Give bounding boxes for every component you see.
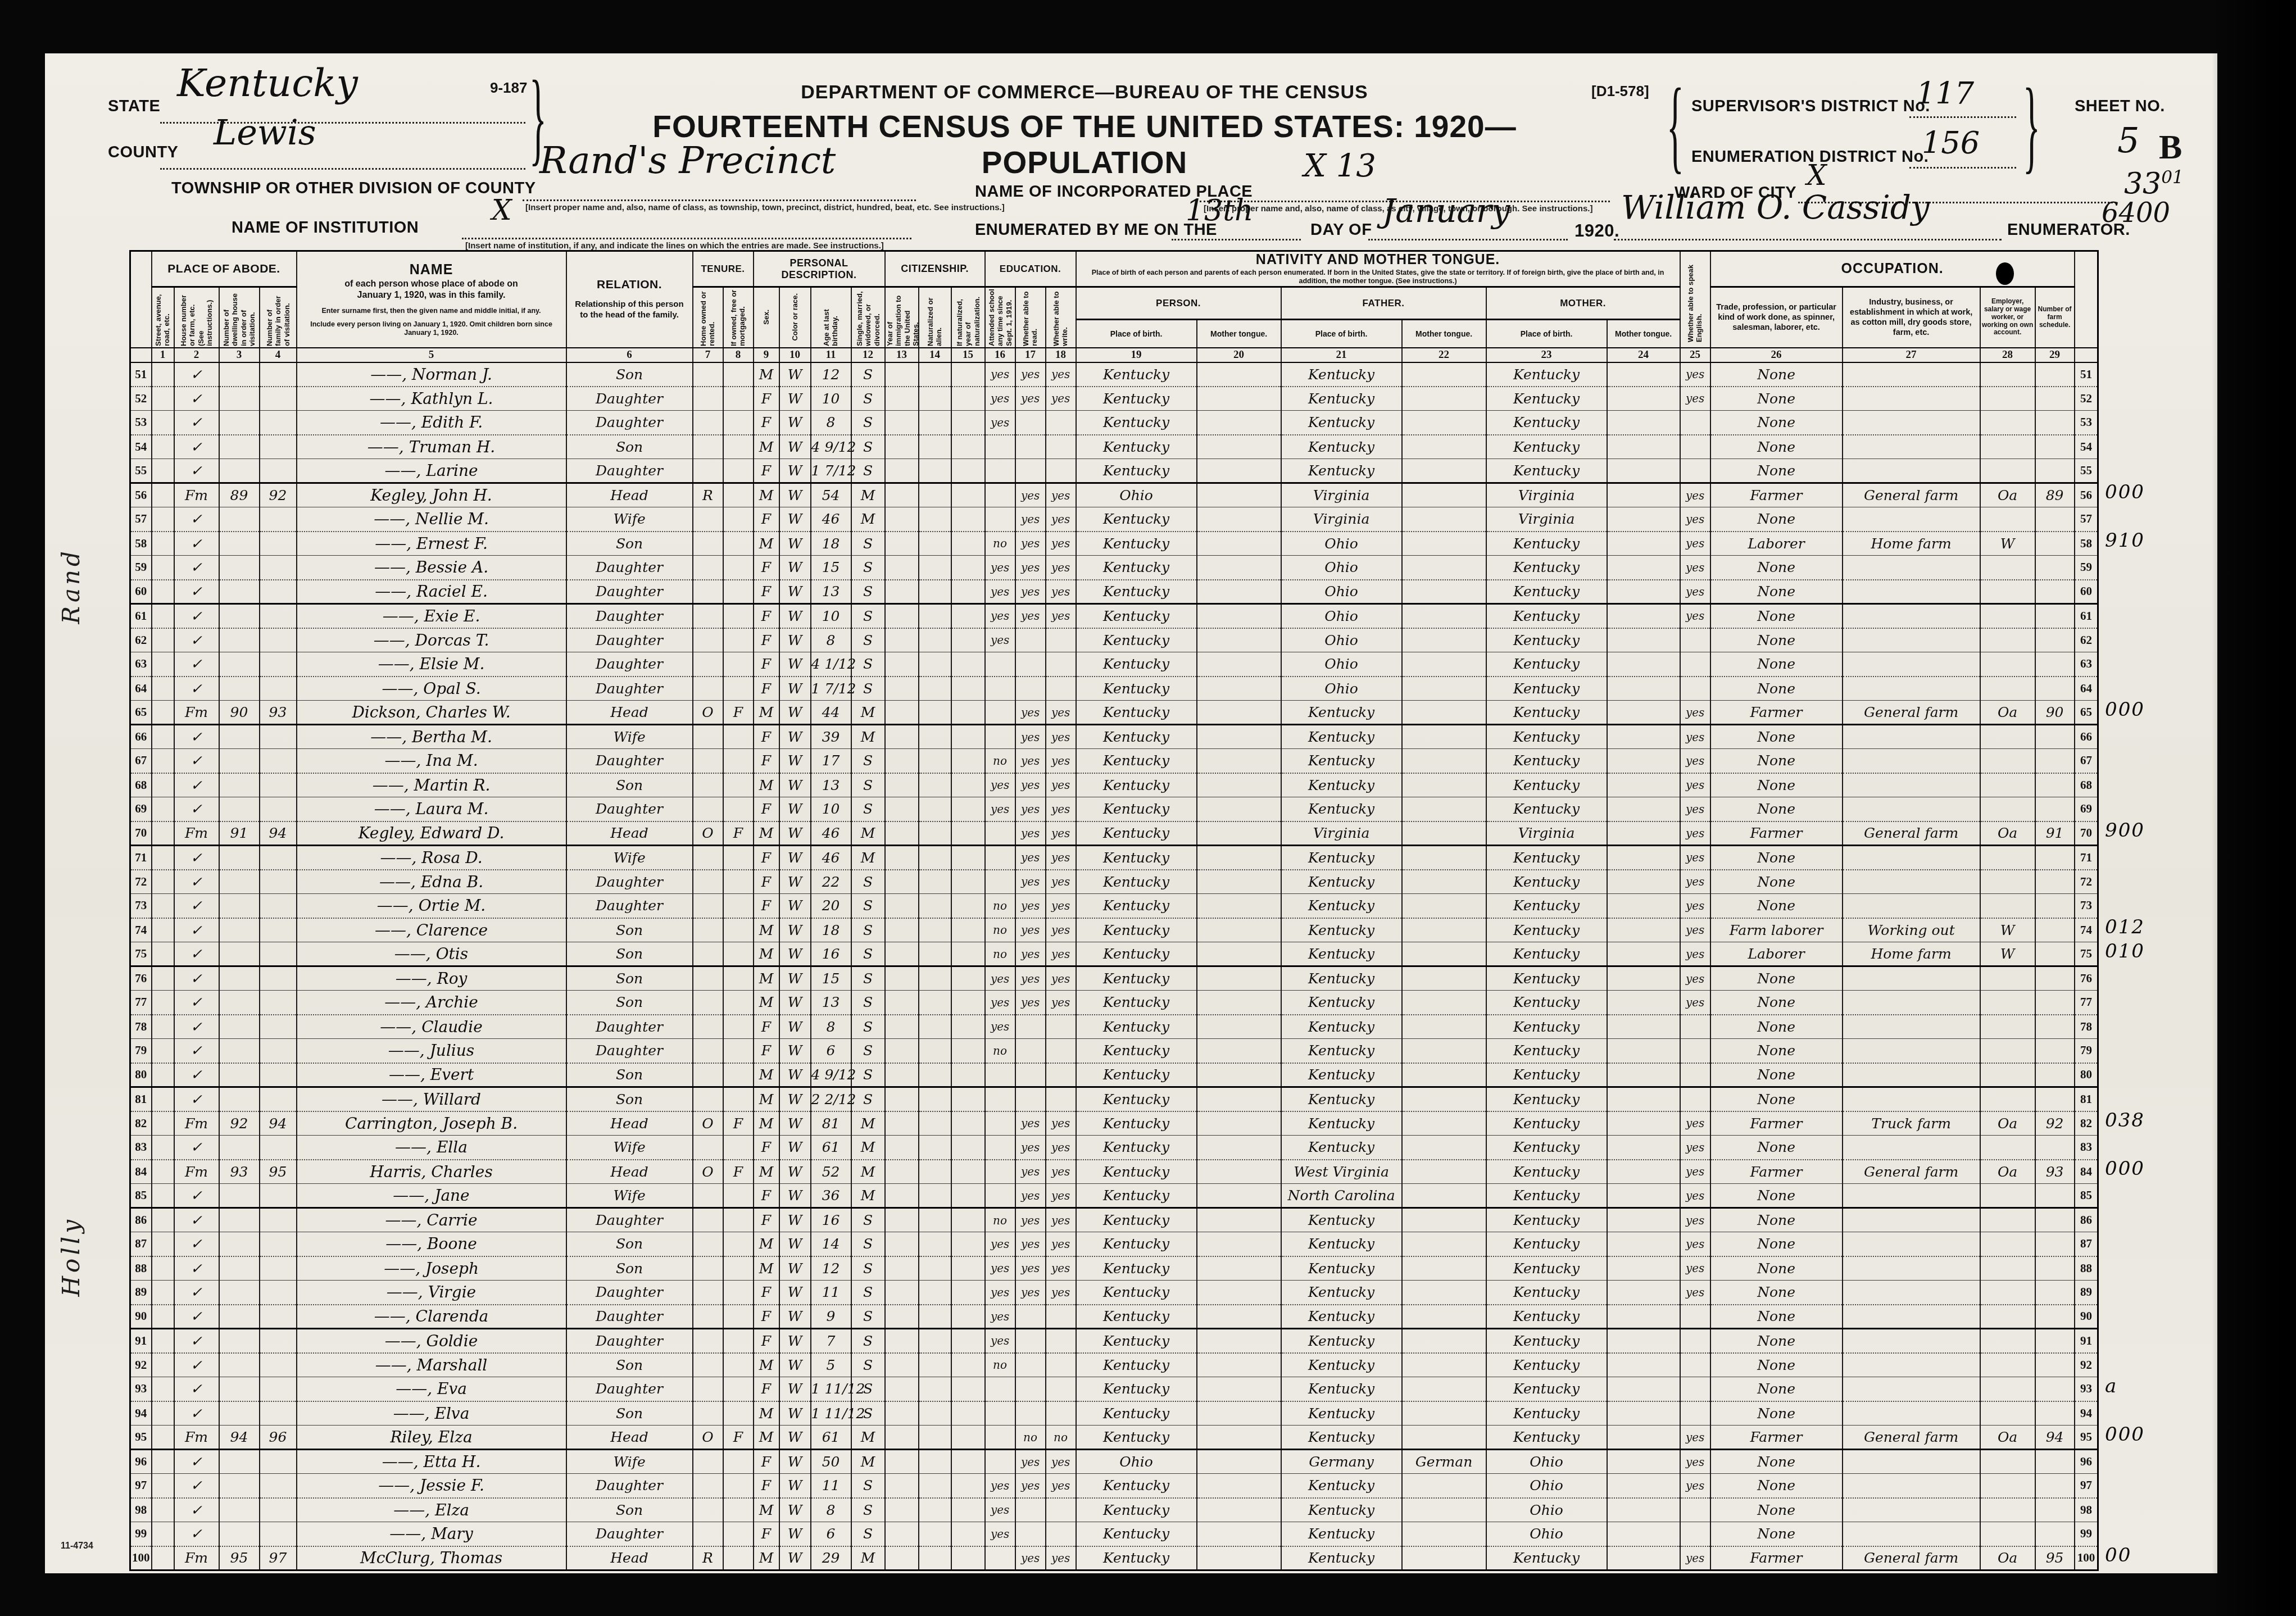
- cell-employer-class: [1980, 870, 2035, 894]
- cell-pob-person: Kentucky: [1076, 387, 1197, 411]
- cell-employer-class: [1980, 1281, 2035, 1305]
- cell-home-owned-rented: [693, 846, 723, 870]
- cell-pob-person: Kentucky: [1076, 556, 1197, 580]
- cell-pob-mother: Kentucky: [1486, 725, 1607, 749]
- cell-street: [152, 1522, 174, 1546]
- cell-line-number-left: 80: [130, 1063, 152, 1087]
- column-number: 21: [1281, 348, 1402, 362]
- table-row: 90✓——, ClarendaDaughterFW9SyesKentuckyKe…: [130, 1305, 2098, 1329]
- cell-color-race: W: [779, 1184, 811, 1208]
- cell-house-or-farm: ✓: [174, 797, 219, 821]
- cell-industry: Working out: [1843, 918, 1980, 942]
- cell-street: [152, 628, 174, 652]
- cell-pob-father: Kentucky: [1281, 1015, 1402, 1039]
- cell-naturalized: [919, 1063, 951, 1087]
- cell-pob-father: Kentucky: [1281, 942, 1402, 966]
- cell-house-or-farm: ✓: [174, 966, 219, 991]
- table-row: 52✓——, Kathlyn L.DaughterFW10SyesyesyesK…: [130, 387, 2098, 411]
- cell-dwelling-number: [219, 604, 260, 628]
- sheet-scribble-sup: 01: [2161, 167, 2184, 188]
- cell-age: 46: [811, 821, 851, 846]
- cell-speaks-english: [1680, 677, 1710, 701]
- table-row: 66✓——, Bertha M.WifeFW39MyesyesKentuckyK…: [130, 725, 2098, 749]
- cell-name: ——, Norman J.: [297, 362, 566, 387]
- cell-dwelling-number: [219, 1256, 260, 1281]
- cell-tongue-person: [1197, 942, 1281, 966]
- cell-family-number: [260, 797, 297, 821]
- cell-able-to-read: yes: [1015, 1474, 1046, 1498]
- cell-marital-status: M: [851, 1136, 885, 1160]
- margin-scribble: 00: [2105, 1544, 2131, 1567]
- cell-line-number-left: 90: [130, 1305, 152, 1329]
- column-number: 25: [1680, 348, 1710, 362]
- cell-speaks-english: [1680, 1039, 1710, 1063]
- cell-tongue-person: [1197, 1232, 1281, 1256]
- cell-pob-father: Ohio: [1281, 652, 1402, 677]
- cell-employer-class: [1980, 1256, 2035, 1281]
- cell-pob-mother: Kentucky: [1486, 870, 1607, 894]
- name-group-desc1: of each person whose place of abode on: [297, 279, 566, 290]
- cell-farm-schedule: [2035, 1401, 2075, 1426]
- cell-pob-mother: Kentucky: [1486, 1160, 1607, 1184]
- cell-farm-schedule: [2035, 773, 2075, 797]
- cell-line-number-right: 83: [2075, 1136, 2098, 1160]
- cell-tongue-father: [1402, 580, 1486, 604]
- cell-immigration-year: [885, 1063, 919, 1087]
- cell-age: 18: [811, 532, 851, 556]
- cell-tongue-mother: [1607, 1232, 1680, 1256]
- cell-name: ——, Elza: [297, 1498, 566, 1522]
- cell-pob-person: Kentucky: [1076, 628, 1197, 652]
- cell-age: 1 7/12: [811, 459, 851, 483]
- cell-trade: Farm laborer: [1710, 918, 1843, 942]
- cell-owned-free-mortgaged: [723, 1208, 754, 1232]
- column-header-color-race: Color or race.: [779, 287, 811, 348]
- cell-line-number-right: 89: [2075, 1281, 2098, 1305]
- cell-naturalized: [919, 1329, 951, 1353]
- column-header-house-number: House number or farm, etc. (See instruct…: [174, 287, 219, 348]
- cell-tongue-person: [1197, 1111, 1281, 1136]
- cell-attended-school: yes: [985, 1015, 1015, 1039]
- cell-line-number-left: 70: [130, 821, 152, 846]
- cell-family-number: [260, 387, 297, 411]
- enumerated-year: 1920.: [1574, 221, 1619, 241]
- cell-pob-person: Kentucky: [1076, 411, 1197, 435]
- cell-naturalized: [919, 1401, 951, 1426]
- cell-industry: [1843, 1498, 1980, 1522]
- cell-naturalization-year: [951, 556, 985, 580]
- cell-employer-class: Oa: [1980, 821, 2035, 846]
- cell-tongue-mother: [1607, 1015, 1680, 1039]
- cell-pob-person: Kentucky: [1076, 435, 1197, 459]
- cell-pob-mother: Kentucky: [1486, 991, 1607, 1015]
- cell-employer-class: [1980, 1474, 2035, 1498]
- cell-line-number-left: 94: [130, 1401, 152, 1426]
- cell-street: [152, 991, 174, 1015]
- cell-naturalization-year: [951, 435, 985, 459]
- cell-owned-free-mortgaged: [723, 1305, 754, 1329]
- cell-tongue-father: German: [1402, 1450, 1486, 1474]
- cell-naturalization-year: [951, 1063, 985, 1087]
- cell-employer-class: W: [1980, 532, 2035, 556]
- name-group-note1: Enter surname first, then the given name…: [297, 307, 566, 316]
- cell-home-owned-rented: [693, 580, 723, 604]
- cell-owned-free-mortgaged: [723, 991, 754, 1015]
- cell-able-to-read: yes: [1015, 532, 1046, 556]
- cell-able-to-read: [1015, 459, 1046, 483]
- right-margin-notes: 000910000900012010038000a00000: [2102, 250, 2180, 1576]
- column-number: 12: [851, 348, 885, 362]
- cell-tongue-person: [1197, 991, 1281, 1015]
- cell-family-number: [260, 1329, 297, 1353]
- cell-home-owned-rented: [693, 894, 723, 918]
- cell-tongue-father: [1402, 942, 1486, 966]
- cell-trade: None: [1710, 604, 1843, 628]
- cell-line-number-right: 99: [2075, 1522, 2098, 1546]
- cell-dwelling-number: [219, 1305, 260, 1329]
- cell-naturalized: [919, 1353, 951, 1377]
- cell-naturalized: [919, 604, 951, 628]
- cell-pob-father: Virginia: [1281, 507, 1402, 532]
- cell-speaks-english: yes: [1680, 1426, 1710, 1450]
- cell-name: ——, Ernest F.: [297, 532, 566, 556]
- subgroup-father: FATHER.: [1281, 287, 1486, 320]
- cell-tongue-father: [1402, 821, 1486, 846]
- cell-line-number-left: 73: [130, 894, 152, 918]
- cell-line-number-right: 69: [2075, 797, 2098, 821]
- cell-speaks-english: yes: [1680, 532, 1710, 556]
- cell-house-or-farm: Fm: [174, 1111, 219, 1136]
- cell-trade: None: [1710, 991, 1843, 1015]
- cell-attended-school: yes: [985, 1498, 1015, 1522]
- cell-home-owned-rented: [693, 677, 723, 701]
- cell-tongue-person: [1197, 387, 1281, 411]
- cell-pob-father: Kentucky: [1281, 1353, 1402, 1377]
- cell-able-to-write: yes: [1046, 894, 1076, 918]
- cell-street: [152, 1401, 174, 1426]
- cell-speaks-english: yes: [1680, 1450, 1710, 1474]
- cell-marital-status: S: [851, 1474, 885, 1498]
- cell-farm-schedule: [2035, 1450, 2075, 1474]
- cell-able-to-read: yes: [1015, 870, 1046, 894]
- cell-able-to-write: yes: [1046, 821, 1076, 846]
- cell-tongue-person: [1197, 1474, 1281, 1498]
- cell-able-to-read: yes: [1015, 604, 1046, 628]
- cell-naturalized: [919, 1111, 951, 1136]
- cell-tongue-father: [1402, 1136, 1486, 1160]
- cell-name: ——, Kathlyn L.: [297, 387, 566, 411]
- cell-tongue-person: [1197, 1160, 1281, 1184]
- cell-age: 6: [811, 1522, 851, 1546]
- cell-trade: None: [1710, 435, 1843, 459]
- cell-age: 36: [811, 1184, 851, 1208]
- cell-owned-free-mortgaged: [723, 435, 754, 459]
- cell-naturalized: [919, 1546, 951, 1570]
- cell-attended-school: [985, 1546, 1015, 1570]
- cell-age: 10: [811, 797, 851, 821]
- cell-name: ——, Boone: [297, 1232, 566, 1256]
- column-header-trade: Trade, profession, or particular kind of…: [1710, 287, 1843, 348]
- cell-line-number-left: 82: [130, 1111, 152, 1136]
- cell-immigration-year: [885, 797, 919, 821]
- cell-able-to-read: yes: [1015, 918, 1046, 942]
- cell-tongue-person: [1197, 1305, 1281, 1329]
- cell-tongue-mother: [1607, 1546, 1680, 1570]
- cell-pob-person: Kentucky: [1076, 604, 1197, 628]
- cell-able-to-read: [1015, 652, 1046, 677]
- cell-color-race: W: [779, 991, 811, 1015]
- cell-pob-mother: Kentucky: [1486, 1281, 1607, 1305]
- cell-tongue-person: [1197, 435, 1281, 459]
- cell-naturalized: [919, 435, 951, 459]
- cell-pob-person: Kentucky: [1076, 1063, 1197, 1087]
- cell-immigration-year: [885, 918, 919, 942]
- cell-relation: Son: [566, 1063, 693, 1087]
- cell-employer-class: [1980, 773, 2035, 797]
- cell-naturalized: [919, 387, 951, 411]
- cell-tongue-father: [1402, 797, 1486, 821]
- cell-naturalization-year: [951, 1160, 985, 1184]
- cell-speaks-english: [1680, 628, 1710, 652]
- cell-pob-mother: Kentucky: [1486, 1256, 1607, 1281]
- cell-farm-schedule: [2035, 991, 2075, 1015]
- sheet-scribble: 3301: [2124, 167, 2184, 201]
- cell-tongue-person: [1197, 870, 1281, 894]
- cell-relation: Wife: [566, 846, 693, 870]
- nativity-note: Place of birth of each person and parent…: [1077, 268, 1680, 286]
- cell-owned-free-mortgaged: [723, 966, 754, 991]
- cell-industry: [1843, 870, 1980, 894]
- cell-pob-person: Kentucky: [1076, 1401, 1197, 1426]
- cell-employer-class: [1980, 725, 2035, 749]
- cell-owned-free-mortgaged: [723, 894, 754, 918]
- cell-pob-person: Kentucky: [1076, 1377, 1197, 1401]
- cell-pob-mother: Kentucky: [1486, 1305, 1607, 1329]
- cell-sex: F: [754, 1474, 779, 1498]
- cell-home-owned-rented: [693, 1039, 723, 1063]
- cell-color-race: W: [779, 918, 811, 942]
- cell-owned-free-mortgaged: [723, 1377, 754, 1401]
- cell-sex: F: [754, 677, 779, 701]
- cell-able-to-read: [1015, 1498, 1046, 1522]
- cell-able-to-write: yes: [1046, 604, 1076, 628]
- cell-age: 10: [811, 387, 851, 411]
- column-number: 11: [811, 348, 851, 362]
- cell-line-number-right: 98: [2075, 1498, 2098, 1522]
- column-header-industry: Industry, business, or establishment in …: [1843, 287, 1980, 348]
- state-label: STATE: [108, 97, 160, 116]
- cell-trade: None: [1710, 725, 1843, 749]
- cell-dwelling-number: [219, 580, 260, 604]
- cell-farm-schedule: [2035, 411, 2075, 435]
- cell-name: ——, Rosa D.: [297, 846, 566, 870]
- cell-sex: F: [754, 1522, 779, 1546]
- cell-street: [152, 1498, 174, 1522]
- cell-house-or-farm: ✓: [174, 1522, 219, 1546]
- cell-pob-person: Kentucky: [1076, 894, 1197, 918]
- cell-employer-class: [1980, 894, 2035, 918]
- cell-pob-father: Kentucky: [1281, 966, 1402, 991]
- cell-relation: Daughter: [566, 797, 693, 821]
- cell-tongue-mother: [1607, 1474, 1680, 1498]
- table-row: 76✓——, RoySonMW15SyesyesyesKentuckyKentu…: [130, 966, 2098, 991]
- margin-scribble: 012: [2105, 916, 2145, 938]
- cell-tongue-father: [1402, 1522, 1486, 1546]
- cell-speaks-english: yes: [1680, 1208, 1710, 1232]
- cell-relation: Son: [566, 942, 693, 966]
- cell-home-owned-rented: [693, 1256, 723, 1281]
- district-brace-open: {: [1667, 66, 1684, 187]
- cell-able-to-write: [1046, 1498, 1076, 1522]
- cell-line-number-right: 67: [2075, 749, 2098, 773]
- cell-employer-class: [1980, 1136, 2035, 1160]
- group-tenure: TENURE.: [693, 251, 754, 287]
- cell-trade: None: [1710, 1208, 1843, 1232]
- cell-owned-free-mortgaged: [723, 507, 754, 532]
- cell-immigration-year: [885, 701, 919, 725]
- cell-marital-status: S: [851, 1015, 885, 1039]
- table-row: 51✓——, Norman J.SonMW12SyesyesyesKentuck…: [130, 362, 2098, 387]
- cell-naturalization-year: [951, 507, 985, 532]
- cell-house-or-farm: ✓: [174, 1450, 219, 1474]
- group-citizenship: CITIZENSHIP.: [885, 251, 985, 287]
- cell-tongue-father: [1402, 1015, 1486, 1039]
- cell-immigration-year: [885, 1281, 919, 1305]
- cell-employer-class: [1980, 991, 2035, 1015]
- cell-trade: None: [1710, 749, 1843, 773]
- cell-sex: F: [754, 1377, 779, 1401]
- cell-relation: Son: [566, 991, 693, 1015]
- cell-tongue-father: [1402, 1305, 1486, 1329]
- cell-speaks-english: yes: [1680, 701, 1710, 725]
- cell-able-to-read: yes: [1015, 1232, 1046, 1256]
- table-row: 72✓——, Edna B.DaughterFW22SyesyesKentuck…: [130, 870, 2098, 894]
- cell-tongue-mother: [1607, 1401, 1680, 1426]
- cell-pob-mother: Kentucky: [1486, 1426, 1607, 1450]
- cell-dwelling-number: 94: [219, 1426, 260, 1450]
- cell-tongue-father: [1402, 1208, 1486, 1232]
- cell-age: 81: [811, 1111, 851, 1136]
- column-header-street: Street, avenue, road, etc.: [152, 287, 174, 348]
- cell-sex: M: [754, 991, 779, 1015]
- cell-tongue-mother: [1607, 797, 1680, 821]
- cell-family-number: [260, 942, 297, 966]
- cell-naturalization-year: [951, 628, 985, 652]
- cell-street: [152, 677, 174, 701]
- cell-industry: [1843, 362, 1980, 387]
- cell-dwelling-number: 91: [219, 821, 260, 846]
- cell-line-number-left: 79: [130, 1039, 152, 1063]
- cell-industry: [1843, 1208, 1980, 1232]
- cell-employer-class: [1980, 1087, 2035, 1111]
- cell-line-number-left: 84: [130, 1160, 152, 1184]
- cell-speaks-english: [1680, 435, 1710, 459]
- column-number: 4: [260, 348, 297, 362]
- cell-farm-schedule: [2035, 797, 2075, 821]
- cell-able-to-read: yes: [1015, 894, 1046, 918]
- cell-speaks-english: yes: [1680, 1546, 1710, 1570]
- cell-marital-status: M: [851, 1546, 885, 1570]
- cell-tongue-father: [1402, 1111, 1486, 1136]
- cell-age: 1 11/12: [811, 1401, 851, 1426]
- cell-name: ——, Ella: [297, 1136, 566, 1160]
- cell-attended-school: yes: [985, 1256, 1015, 1281]
- cell-sex: F: [754, 411, 779, 435]
- cell-pob-mother: Kentucky: [1486, 556, 1607, 580]
- cell-immigration-year: [885, 966, 919, 991]
- cell-able-to-read: yes: [1015, 942, 1046, 966]
- cell-sex: F: [754, 1305, 779, 1329]
- cell-marital-status: S: [851, 1232, 885, 1256]
- cell-farm-schedule: [2035, 1136, 2075, 1160]
- cell-house-or-farm: ✓: [174, 580, 219, 604]
- cell-street: [152, 894, 174, 918]
- cell-attended-school: yes: [985, 1474, 1015, 1498]
- cell-naturalization-year: [951, 1256, 985, 1281]
- cell-employer-class: Oa: [1980, 701, 2035, 725]
- cell-tongue-father: [1402, 435, 1486, 459]
- cell-street: [152, 797, 174, 821]
- cell-color-race: W: [779, 942, 811, 966]
- cell-able-to-write: yes: [1046, 725, 1076, 749]
- cell-house-or-farm: ✓: [174, 411, 219, 435]
- column-number: 1: [152, 348, 174, 362]
- cell-relation: Head: [566, 483, 693, 507]
- cell-owned-free-mortgaged: [723, 459, 754, 483]
- cell-naturalization-year: [951, 1015, 985, 1039]
- cell-owned-free-mortgaged: [723, 1063, 754, 1087]
- cell-age: 8: [811, 411, 851, 435]
- cell-owned-free-mortgaged: F: [723, 701, 754, 725]
- cell-tongue-mother: [1607, 362, 1680, 387]
- cell-relation: Son: [566, 435, 693, 459]
- cell-sex: F: [754, 1136, 779, 1160]
- cell-trade: None: [1710, 628, 1843, 652]
- cell-immigration-year: [885, 1546, 919, 1570]
- cell-line-number-right: 62: [2075, 628, 2098, 652]
- cell-home-owned-rented: [693, 1522, 723, 1546]
- cell-street: [152, 507, 174, 532]
- census-sheet-paper: 9-187 STATE Kentucky COUNTY Lewis } DEPA…: [45, 53, 2217, 1573]
- cell-age: 13: [811, 580, 851, 604]
- line-number-header-right: [2075, 251, 2098, 348]
- cell-employer-class: [1980, 362, 2035, 387]
- cell-line-number-right: 96: [2075, 1450, 2098, 1474]
- cell-sex: M: [754, 701, 779, 725]
- incorporated-place-value: X 13: [1304, 148, 1376, 184]
- cell-tongue-mother: [1607, 1160, 1680, 1184]
- column-number: 27: [1843, 348, 1980, 362]
- cell-home-owned-rented: [693, 507, 723, 532]
- cell-color-race: W: [779, 362, 811, 387]
- cell-color-race: W: [779, 1039, 811, 1063]
- cell-pob-mother: Kentucky: [1486, 411, 1607, 435]
- cell-immigration-year: [885, 387, 919, 411]
- cell-naturalized: [919, 1474, 951, 1498]
- cell-relation: Daughter: [566, 1015, 693, 1039]
- cell-pob-mother: Kentucky: [1486, 1184, 1607, 1208]
- institution-label: NAME OF INSTITUTION: [232, 219, 419, 237]
- enumeration-blank-line: [1909, 167, 2016, 169]
- form-number: 9-187: [490, 79, 528, 97]
- cell-color-race: W: [779, 725, 811, 749]
- cell-home-owned-rented: [693, 556, 723, 580]
- cell-tongue-father: [1402, 894, 1486, 918]
- cell-marital-status: M: [851, 1450, 885, 1474]
- cell-dwelling-number: [219, 628, 260, 652]
- cell-line-number-left: 60: [130, 580, 152, 604]
- cell-line-number-right: 72: [2075, 870, 2098, 894]
